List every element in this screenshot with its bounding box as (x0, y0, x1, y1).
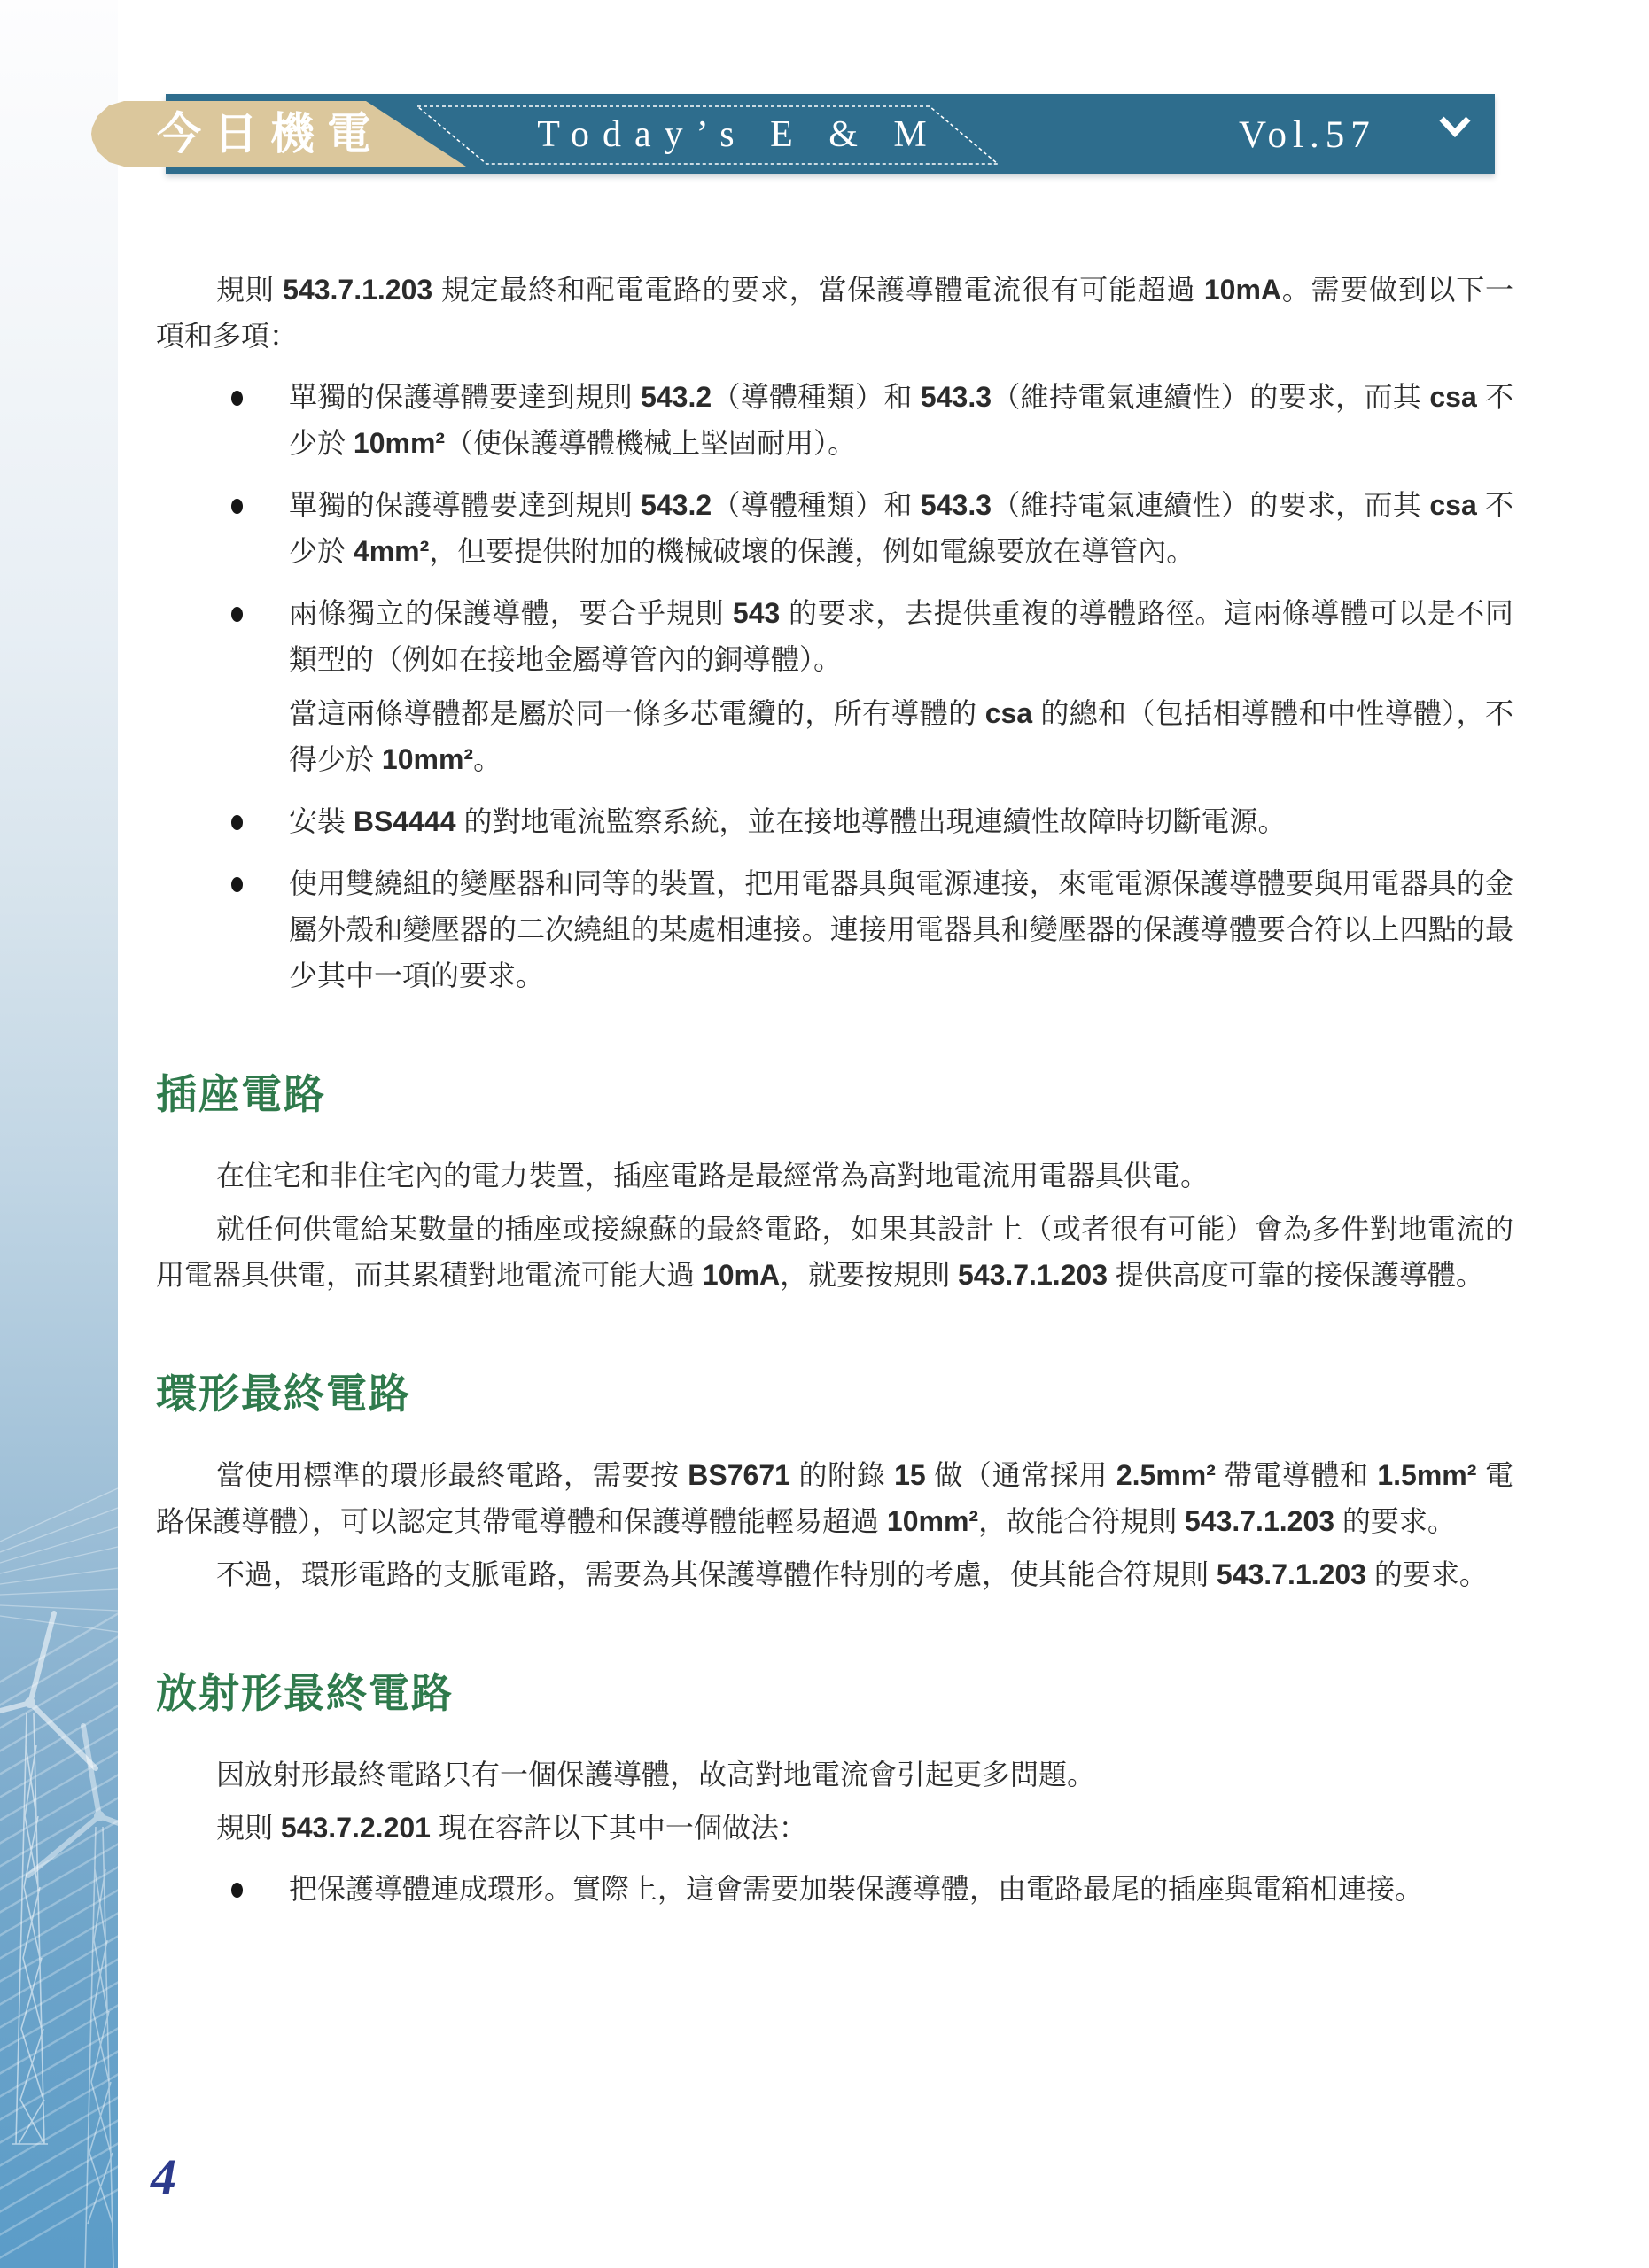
bullet-icon (231, 815, 243, 830)
wind-turbines-illustration (0, 1196, 118, 2268)
bullet-text: 單獨的保護導體要達到規則 543.2（導體種類）和 543.3（維持電氣連續性）… (289, 374, 1513, 466)
bullet-icon (231, 499, 243, 514)
bullet-text: 把保護導體連成環形。實際上，這會需要加裝保護導體，由電路最尾的插座與電箱相連接。 (289, 1866, 1513, 1912)
volume-label: Vol.57 (1239, 110, 1376, 161)
header-title-box: Today’s E & M (416, 105, 999, 165)
sidebar-artwork (0, 0, 118, 2268)
bullet-text: 安裝 BS4444 的對地電流監察系統，並在接地導體出現連續性故障時切斷電源。 (289, 798, 1513, 844)
list-item: 使用雙繞組的變壓器和同等的裝置，把用電器具與電源連接，來電電源保護導體要與用電器… (156, 860, 1513, 998)
paragraph: 就任何供電給某數量的插座或接線蘇的最終電路，如果其設計上（或者很有可能）會為多件… (156, 1206, 1513, 1298)
paragraph: 不過，環形電路的支脈電路，需要為其保護導體作特別的考慮，使其能合符規則 543.… (156, 1551, 1513, 1597)
bullet-text: 使用雙繞組的變壓器和同等的裝置，把用電器具與電源連接，來電電源保護導體要與用電器… (289, 860, 1513, 998)
paragraph: 因放射形最終電路只有一個保護導體，故高對地電流會引起更多問題。 (156, 1751, 1513, 1798)
list-item: 單獨的保護導體要達到規則 543.2（導體種類）和 543.3（維持電氣連續性）… (156, 482, 1513, 574)
paragraph: 當使用標準的環形最終電路，需要按 BS7671 的附錄 15 做（通常採用 2.… (156, 1452, 1513, 1544)
bullet-icon (231, 877, 243, 892)
requirements-bullet-list: 單獨的保護導體要達到規則 543.2（導體種類）和 543.3（維持電氣連續性）… (156, 374, 1513, 998)
page-number: 4 (151, 2148, 176, 2207)
list-item: 把保護導體連成環形。實際上，這會需要加裝保護導體，由電路最尾的插座與電箱相連接。 (156, 1866, 1513, 1912)
section-heading-radial-final-circuits: 放射形最終電路 (156, 1672, 1513, 1716)
list-item: 兩條獨立的保護導體，要合乎規則 543 的要求，去提供重複的導體路徑。這兩條導體… (156, 590, 1513, 782)
list-item: 單獨的保護導體要達到規則 543.2（導體種類）和 543.3（維持電氣連續性）… (156, 374, 1513, 466)
methods-bullet-list: 把保護導體連成環形。實際上，這會需要加裝保護導體，由電路最尾的插座與電箱相連接。 (156, 1866, 1513, 1912)
list-item: 安裝 BS4444 的對地電流監察系統，並在接地導體出現連續性故障時切斷電源。 (156, 798, 1513, 844)
chevron-down-icon (1439, 116, 1471, 139)
magazine-page: 今日機電 Today’s E & M Vol.57 規則 543.7.1.203… (0, 0, 1649, 2268)
section-heading-socket-circuits: 插座電路 (156, 1073, 1513, 1117)
section-heading-ring-final-circuits: 環形最終電路 (156, 1372, 1513, 1417)
header-title: Today’s E & M (478, 105, 999, 165)
intro-paragraph: 規則 543.7.1.203 規定最終和配電電路的要求，當保護導體電流很有可能超… (156, 267, 1513, 359)
bullet-icon (231, 391, 243, 406)
bullet-icon (231, 607, 243, 622)
paragraph: 在住宅和非住宅內的電力裝置，插座電路是最經常為高對地電流用電器具供電。 (156, 1153, 1513, 1199)
bullet-icon (231, 1883, 243, 1898)
article-body: 規則 543.7.1.203 規定最終和配電電路的要求，當保護導體電流很有可能超… (156, 267, 1513, 1912)
bullet-text: 單獨的保護導體要達到規則 543.2（導體種類）和 543.3（維持電氣連續性）… (289, 482, 1513, 574)
bullet-text: 當這兩條導體都是屬於同一條多芯電纜的，所有導體的 csa 的總和（包括相導體和中… (289, 690, 1513, 782)
paragraph: 規則 543.7.2.201 現在容許以下其中一個做法： (156, 1805, 1513, 1851)
magazine-logo-text: 今日機電 (157, 101, 384, 167)
bullet-text: 兩條獨立的保護導體，要合乎規則 543 的要求，去提供重複的導體路徑。這兩條導體… (289, 590, 1513, 682)
